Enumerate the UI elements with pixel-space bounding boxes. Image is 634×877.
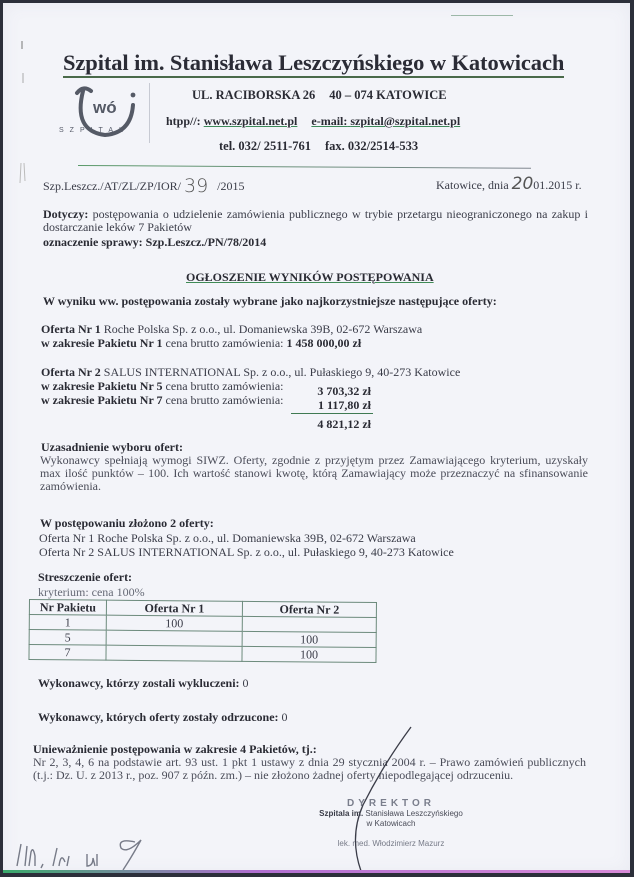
handwritten-reference-number: 39 xyxy=(184,175,208,197)
rejected-label: Wykonawcy, których oferty zostały odrzuc… xyxy=(38,710,279,724)
table-cell: 100 xyxy=(242,631,376,647)
table-cell: 100 xyxy=(106,615,242,631)
signature-stroke-icon xyxy=(343,725,423,875)
column-header: Oferta Nr 1 xyxy=(106,600,242,616)
svg-text:wó: wó xyxy=(92,98,117,117)
package-name: Pakietu Nr 5 xyxy=(97,379,162,393)
package-7-price: 1 117,80 zł xyxy=(291,398,371,413)
offer-company: SALUS INTERNATIONAL Sp. z o.o., ul. Puła… xyxy=(104,365,461,379)
price-label: cena brutto zamówienia: xyxy=(166,379,284,393)
logo-caption: SZPITAL xyxy=(59,127,129,134)
offer-company: Roche Polska Sp. z o.o., ul. Domaniewska… xyxy=(104,322,422,336)
case-value: Szp.Leszcz./PN/78/2014 xyxy=(146,235,267,249)
email-address: szpital@szpital.net.pl xyxy=(350,114,460,128)
scan-bottom-edge xyxy=(3,870,630,873)
table-cell: 7 xyxy=(29,645,106,661)
submitted-heading: W postępowaniu złożono 2 oferty: xyxy=(40,517,214,530)
rejected-offers: Wykonawcy, których oferty zostały odrzuc… xyxy=(38,711,288,724)
table-row: 7 100 xyxy=(29,645,376,663)
email-link[interactable]: e-mail: szpital@szpital.net.pl xyxy=(311,114,460,128)
offer-1-package-1: w zakresie Pakietu Nr 1 cena brutto zamó… xyxy=(41,337,361,350)
logo-divider xyxy=(149,83,150,143)
scope-prefix: w zakresie xyxy=(41,379,94,393)
sum-underline xyxy=(291,413,373,414)
offer-2-total: 4 821,12 zł xyxy=(291,417,371,432)
package-name: Pakietu Nr 7 xyxy=(97,393,162,407)
price-label: cena brutto zamówienia: xyxy=(166,393,284,407)
price-value: 1 458 000,00 zł xyxy=(287,336,362,350)
announcement-title: OGŁOSZENIE WYNIKÓW POSTĘPOWANIA xyxy=(186,270,434,285)
excluded-contractors: Wykonawcy, którzy zostali wykluczeni: 0 xyxy=(38,677,249,690)
table-cell: 1 xyxy=(29,615,106,631)
intro-text: W wyniku ww. postępowania zostały wybran… xyxy=(43,295,497,308)
reference-suffix: /2015 xyxy=(217,179,244,193)
case-number: oznaczenie sprawy: Szp.Leszcz./PN/78/201… xyxy=(43,236,266,249)
phone-fax-line: tel. 032/ 2511-761fax. 032/2514-533 xyxy=(219,139,418,154)
rejected-count: 0 xyxy=(282,710,288,724)
reference-prefix: Szp.Leszcz./AT/ZL/ZP/IOR/ xyxy=(43,179,181,193)
table-cell: 100 xyxy=(242,646,376,662)
handwritten-note-icon xyxy=(13,832,173,874)
header-divider xyxy=(78,165,531,169)
offer-label: Oferta Nr 2 xyxy=(41,365,101,379)
subject-label: Dotyczy: xyxy=(43,207,88,221)
offer-2-package-7: w zakresie Pakietu Nr 7 cena brutto zamó… xyxy=(41,394,284,407)
table-cell xyxy=(242,616,376,632)
offer-2-package-5: w zakresie Pakietu Nr 5 cena brutto zamó… xyxy=(41,380,284,393)
street: UL. RACIBORSKA 26 xyxy=(192,88,315,102)
email-label: e-mail: xyxy=(311,114,347,128)
website-link[interactable]: www.szpital.net.pl xyxy=(204,114,298,128)
phone-number: tel. 032/ 2511-761 xyxy=(219,139,311,153)
package-5-price: 3 703,32 zł xyxy=(291,384,371,399)
excluded-count: 0 xyxy=(243,676,249,690)
summary-criterion: kryterium: cena 100% xyxy=(38,586,145,599)
document-date: Katowice, dnia 2001.2015 r. xyxy=(436,174,582,194)
margin-pencil-marks xyxy=(17,33,31,193)
city: 40 – 074 KATOWICE xyxy=(329,88,446,102)
column-header: Nr Pakietu xyxy=(29,600,106,616)
date-prefix: Katowice, dnia xyxy=(436,178,509,192)
address-line: UL. RACIBORSKA 2640 – 074 KATOWICE xyxy=(192,88,447,103)
offer-2-company: Oferta Nr 2 SALUS INTERNATIONAL Sp. z o.… xyxy=(41,366,460,379)
scan-artifact-line xyxy=(451,15,513,16)
cancellation-text: Nr 2, 3, 4, 6 na podstawie art. 93 ust. … xyxy=(33,756,586,782)
web-prefix: htpp//: xyxy=(166,114,201,128)
offers-summary-table: Nr Pakietu Oferta Nr 1 Oferta Nr 2 1 100… xyxy=(28,599,377,663)
submitted-offer-2: Oferta Nr 2 SALUS INTERNATIONAL Sp. z o.… xyxy=(39,546,454,559)
handwritten-day: 20 xyxy=(512,174,534,194)
scope-prefix: w zakresie xyxy=(41,393,94,407)
case-label: oznaczenie sprawy: xyxy=(43,235,143,249)
package-name: Pakietu Nr 1 xyxy=(97,336,162,350)
excluded-label: Wykonawcy, którzy zostali wykluczeni: xyxy=(38,676,240,690)
column-header: Oferta Nr 2 xyxy=(242,601,376,617)
table-cell xyxy=(106,630,242,646)
date-suffix: 01.2015 r. xyxy=(533,178,581,192)
hospital-name-heading: Szpital im. Stanisława Leszczyńskiego w … xyxy=(63,51,564,78)
summary-heading: Streszczenie ofert: xyxy=(38,571,132,584)
scope-prefix: w zakresie xyxy=(41,336,94,350)
offer-1-company: Oferta Nr 1 Roche Polska Sp. z o.o., ul.… xyxy=(41,323,422,336)
subject-paragraph: Dotyczy: postępowania o udzielenie zamów… xyxy=(43,208,588,234)
reference-number: Szp.Leszcz./AT/ZL/ZP/IOR/ 39 /2015 xyxy=(43,173,245,195)
table-cell xyxy=(106,645,242,661)
subject-text: postępowania o udzielenie zamówienia pub… xyxy=(43,207,588,234)
table-cell: 5 xyxy=(29,630,106,646)
fax-number: fax. 032/2514-533 xyxy=(325,139,418,153)
scanned-document-page: Szpital im. Stanisława Leszczyńskiego w … xyxy=(3,3,630,873)
offer-label: Oferta Nr 1 xyxy=(41,322,101,336)
web-email-line: htpp//: www.szpital.net.ple-mail: szpita… xyxy=(166,114,460,129)
twoj-szpital-logo-icon: wó xyxy=(69,83,143,143)
submitted-offer-1: Oferta Nr 1 Roche Polska Sp. z o.o., ul.… xyxy=(39,532,416,545)
justification-text: Wykonawcy spełniają wymogi SIWZ. Oferty,… xyxy=(40,454,588,493)
price-label: cena brutto zamówienia: xyxy=(166,336,284,350)
